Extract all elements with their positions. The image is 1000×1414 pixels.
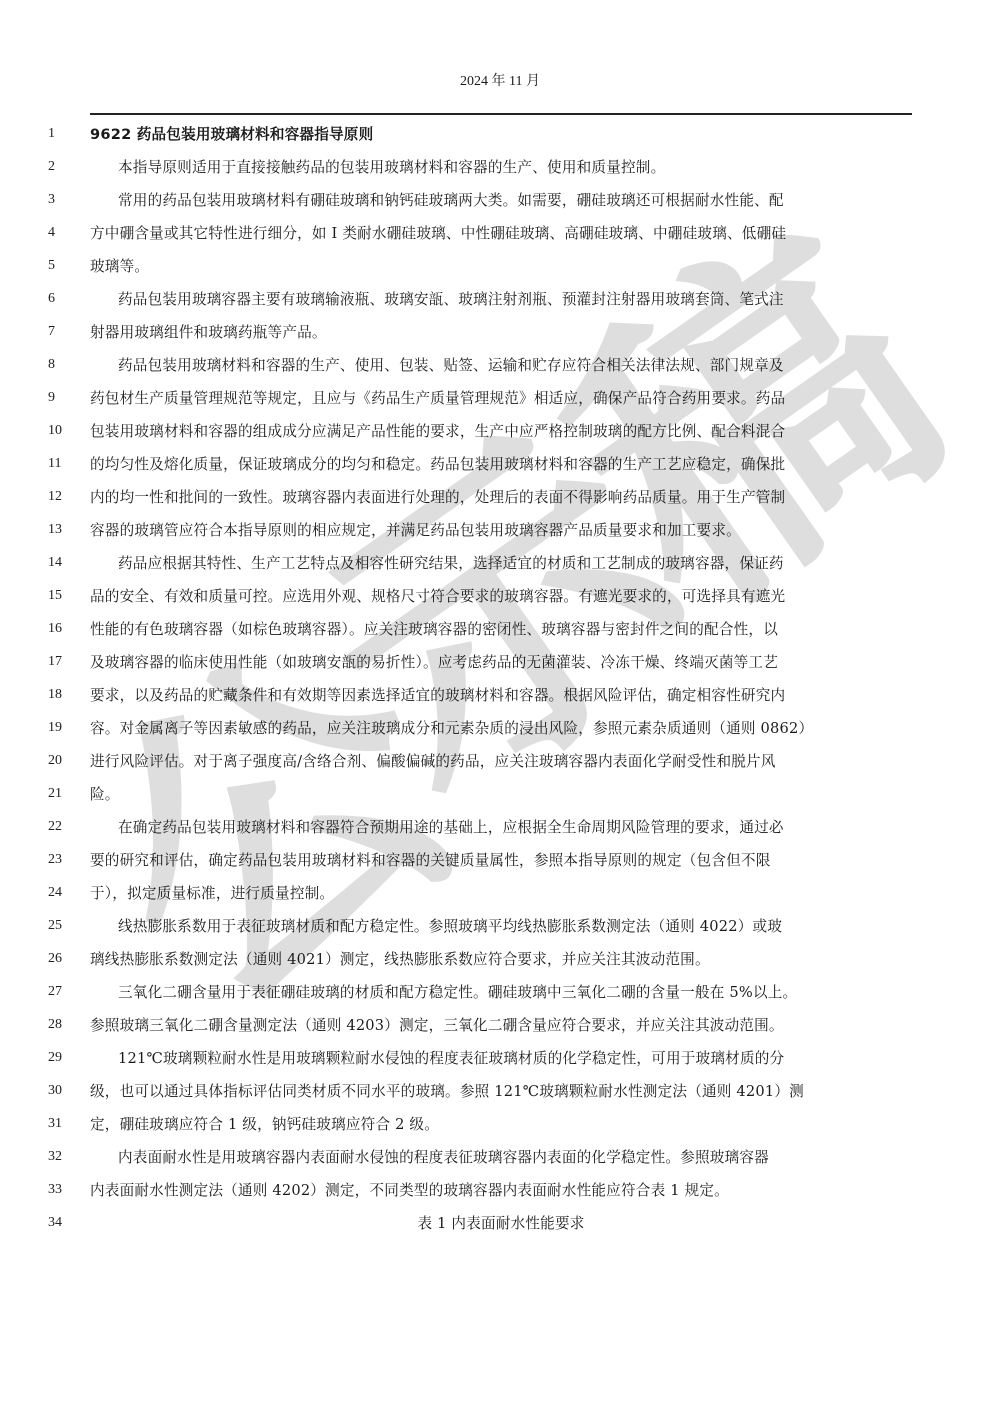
line-number: 6 (48, 291, 68, 307)
line-number: 33 (48, 1182, 68, 1198)
paragraph-line: 的均匀性及熔化质量，保证玻璃成分的均匀和稳定。药品包装用玻璃材料和容器的生产工艺… (90, 453, 912, 474)
paragraph-line: 线热膨胀系数用于表征玻璃材质和配方稳定性。参照玻璃平均线热膨胀系数测定法（通则 … (118, 915, 912, 936)
paragraph-line: 容。对金属离子等因素敏感的药品，应关注玻璃成分和元素杂质的浸出风险，参照元素杂质… (90, 717, 912, 738)
document-line: 33内表面耐水性测定法（通则 4202）测定，不同类型的玻璃容器内表面耐水性能应… (0, 1173, 1000, 1206)
document-line: 6药品包装用玻璃容器主要有玻璃输液瓶、玻璃安瓿、玻璃注射剂瓶、预灌封注射器用玻璃… (0, 282, 1000, 315)
paragraph-line: 内表面耐水性测定法（通则 4202）测定，不同类型的玻璃容器内表面耐水性能应符合… (90, 1179, 912, 1200)
document-line: 28参照玻璃三氧化二硼含量测定法（通则 4203）测定，三氧化二硼含量应符合要求… (0, 1008, 1000, 1041)
line-number: 3 (48, 192, 68, 208)
document-line: 2本指导原则适用于直接接触药品的包装用玻璃材料和容器的生产、使用和质量控制。 (0, 150, 1000, 183)
line-number: 25 (48, 918, 68, 934)
document-line: 24于），拟定质量标准，进行质量控制。 (0, 876, 1000, 909)
line-number: 14 (48, 555, 68, 571)
document-line: 3常用的药品包装用玻璃材料有硼硅玻璃和钠钙硅玻璃两大类。如需要，硼硅玻璃还可根据… (0, 183, 1000, 216)
document-line: 29121℃玻璃颗粒耐水性是用玻璃颗粒耐水侵蚀的程度表征玻璃材质的化学稳定性，可… (0, 1041, 1000, 1074)
line-number: 29 (48, 1050, 68, 1066)
paragraph-line: 进行风险评估。对于离子强度高/含络合剂、偏酸偏碱的药品，应关注玻璃容器内表面化学… (90, 750, 912, 771)
document-line: 23要的研究和评估，确定药品包装用玻璃材料和容器的关键质量属性，参照本指导原则的… (0, 843, 1000, 876)
line-number: 10 (48, 423, 68, 439)
line-number: 18 (48, 687, 68, 703)
line-number: 19 (48, 720, 68, 736)
document-line: 9药包材生产质量管理规范等规定，且应与《药品生产质量管理规范》相适应，确保产品符… (0, 381, 1000, 414)
paragraph-line: 包装用玻璃材料和容器的组成成分应满足产品性能的要求，生产中应严格控制玻璃的配方比… (90, 420, 912, 441)
line-number: 28 (48, 1017, 68, 1033)
paragraph-line: 药包材生产质量管理规范等规定，且应与《药品生产质量管理规范》相适应，确保产品符合… (90, 387, 912, 408)
document-line: 10包装用玻璃材料和容器的组成成分应满足产品性能的要求，生产中应严格控制玻璃的配… (0, 414, 1000, 447)
document-line: 8药品包装用玻璃材料和容器的生产、使用、包装、贴签、运输和贮存应符合相关法律法规… (0, 348, 1000, 381)
line-number: 2 (48, 159, 68, 175)
paragraph-line: 内表面耐水性是用玻璃容器内表面耐水侵蚀的程度表征玻璃容器内表面的化学稳定性。参照… (118, 1146, 912, 1167)
line-number: 7 (48, 324, 68, 340)
document-line: 34表 1 内表面耐水性能要求 (0, 1206, 1000, 1239)
paragraph-line: 药品应根据其特性、生产工艺特点及相容性研究结果，选择适宜的材质和工艺制成的玻璃容… (118, 552, 912, 573)
line-number: 26 (48, 951, 68, 967)
document-line: 14药品应根据其特性、生产工艺特点及相容性研究结果，选择适宜的材质和工艺制成的玻… (0, 546, 1000, 579)
paragraph-line: 于），拟定质量标准，进行质量控制。 (90, 882, 912, 903)
line-number: 21 (48, 786, 68, 802)
line-number: 34 (48, 1215, 68, 1231)
paragraph-line: 在确定药品包装用玻璃材料和容器符合预期用途的基础上，应根据全生命周期风险管理的要… (118, 816, 912, 837)
paragraph-line: 及玻璃容器的临床使用性能（如玻璃安瓿的易折性）。应考虑药品的无菌灌装、冷冻干燥、… (90, 651, 912, 672)
paragraph-line: 内的均一性和批间的一致性。玻璃容器内表面进行处理的，处理后的表面不得影响药品质量… (90, 486, 912, 507)
document-line: 27三氧化二硼含量用于表征硼硅玻璃的材质和配方稳定性。硼硅玻璃中三氧化二硼的含量… (0, 975, 1000, 1008)
line-number: 22 (48, 819, 68, 835)
document-line: 7射器用玻璃组件和玻璃药瓶等产品。 (0, 315, 1000, 348)
document-line: 5玻璃等。 (0, 249, 1000, 282)
page-header-date: 2024 年 11 月 (0, 70, 1000, 90)
document-line: 31定，硼硅玻璃应符合 1 级，钠钙硅玻璃应符合 2 级。 (0, 1107, 1000, 1140)
paragraph-line: 定，硼硅玻璃应符合 1 级，钠钙硅玻璃应符合 2 级。 (90, 1113, 912, 1134)
paragraph-line: 三氧化二硼含量用于表征硼硅玻璃的材质和配方稳定性。硼硅玻璃中三氧化二硼的含量一般… (118, 981, 912, 1002)
line-number: 13 (48, 522, 68, 538)
paragraph-line: 品的安全、有效和质量可控。应选用外观、规格尺寸符合要求的玻璃容器。有遮光要求的，… (90, 585, 912, 606)
document-line: 20进行风险评估。对于离子强度高/含络合剂、偏酸偏碱的药品，应关注玻璃容器内表面… (0, 744, 1000, 777)
document-line: 26璃线热膨胀系数测定法（通则 4021）测定，线热膨胀系数应符合要求，并应关注… (0, 942, 1000, 975)
document-line: 12内的均一性和批间的一致性。玻璃容器内表面进行处理的，处理后的表面不得影响药品… (0, 480, 1000, 513)
document-line: 22在确定药品包装用玻璃材料和容器符合预期用途的基础上，应根据全生命周期风险管理… (0, 810, 1000, 843)
line-number: 20 (48, 753, 68, 769)
line-number: 17 (48, 654, 68, 670)
paragraph-line: 方中硼含量或其它特性进行细分，如 I 类耐水硼硅玻璃、中性硼硅玻璃、高硼硅玻璃、… (90, 222, 912, 243)
document-line: 11的均匀性及熔化质量，保证玻璃成分的均匀和稳定。药品包装用玻璃材料和容器的生产… (0, 447, 1000, 480)
line-number: 31 (48, 1116, 68, 1132)
paragraph-line: 要的研究和评估，确定药品包装用玻璃材料和容器的关键质量属性，参照本指导原则的规定… (90, 849, 912, 870)
paragraph-line: 射器用玻璃组件和玻璃药瓶等产品。 (90, 321, 912, 342)
line-number: 15 (48, 588, 68, 604)
document-line: 32内表面耐水性是用玻璃容器内表面耐水侵蚀的程度表征玻璃容器内表面的化学稳定性。… (0, 1140, 1000, 1173)
paragraph-line: 级，也可以通过具体指标评估同类材质不同水平的玻璃。参照 121℃玻璃颗粒耐水性测… (90, 1080, 912, 1101)
document-line: 15品的安全、有效和质量可控。应选用外观、规格尺寸符合要求的玻璃容器。有遮光要求… (0, 579, 1000, 612)
table-caption: 表 1 内表面耐水性能要求 (90, 1212, 912, 1233)
document-line: 19622 药品包装用玻璃材料和容器指导原则 (0, 117, 1000, 150)
paragraph-line: 玻璃等。 (90, 255, 912, 276)
line-number: 16 (48, 621, 68, 637)
line-number: 1 (48, 126, 68, 142)
paragraph-line: 本指导原则适用于直接接触药品的包装用玻璃材料和容器的生产、使用和质量控制。 (118, 156, 912, 177)
document-line: 13容器的玻璃管应符合本指导原则的相应规定，并满足药品包装用玻璃容器产品质量要求… (0, 513, 1000, 546)
paragraph-line: 常用的药品包装用玻璃材料有硼硅玻璃和钠钙硅玻璃两大类。如需要，硼硅玻璃还可根据耐… (118, 189, 912, 210)
section-title: 9622 药品包装用玻璃材料和容器指导原则 (90, 123, 912, 144)
paragraph-line: 药品包装用玻璃材料和容器的生产、使用、包装、贴签、运输和贮存应符合相关法律法规、… (118, 354, 912, 375)
document-line: 21险。 (0, 777, 1000, 810)
document-line: 19容。对金属离子等因素敏感的药品，应关注玻璃成分和元素杂质的浸出风险，参照元素… (0, 711, 1000, 744)
paragraph-line: 药品包装用玻璃容器主要有玻璃输液瓶、玻璃安瓿、玻璃注射剂瓶、预灌封注射器用玻璃套… (118, 288, 912, 309)
document-line: 18要求，以及药品的贮藏条件和有效期等因素选择适宜的玻璃材料和容器。根据风险评估… (0, 678, 1000, 711)
document-line: 4方中硼含量或其它特性进行细分，如 I 类耐水硼硅玻璃、中性硼硅玻璃、高硼硅玻璃… (0, 216, 1000, 249)
header-rule (90, 113, 912, 115)
document-line: 16性能的有色玻璃容器（如棕色玻璃容器）。应关注玻璃容器的密闭性、玻璃容器与密封… (0, 612, 1000, 645)
line-number: 32 (48, 1149, 68, 1165)
paragraph-line: 容器的玻璃管应符合本指导原则的相应规定，并满足药品包装用玻璃容器产品质量要求和加… (90, 519, 912, 540)
line-number: 27 (48, 984, 68, 1000)
paragraph-line: 121℃玻璃颗粒耐水性是用玻璃颗粒耐水侵蚀的程度表征玻璃材质的化学稳定性，可用于… (118, 1047, 912, 1068)
document-body: 19622 药品包装用玻璃材料和容器指导原则2本指导原则适用于直接接触药品的包装… (0, 117, 1000, 1239)
line-number: 23 (48, 852, 68, 868)
line-number: 9 (48, 390, 68, 406)
line-number: 5 (48, 258, 68, 274)
document-line: 25线热膨胀系数用于表征玻璃材质和配方稳定性。参照玻璃平均线热膨胀系数测定法（通… (0, 909, 1000, 942)
paragraph-line: 璃线热膨胀系数测定法（通则 4021）测定，线热膨胀系数应符合要求，并应关注其波… (90, 948, 912, 969)
line-number: 4 (48, 225, 68, 241)
line-number: 30 (48, 1083, 68, 1099)
document-line: 30级，也可以通过具体指标评估同类材质不同水平的玻璃。参照 121℃玻璃颗粒耐水… (0, 1074, 1000, 1107)
paragraph-line: 参照玻璃三氧化二硼含量测定法（通则 4203）测定，三氧化二硼含量应符合要求，并… (90, 1014, 912, 1035)
line-number: 24 (48, 885, 68, 901)
paragraph-line: 性能的有色玻璃容器（如棕色玻璃容器）。应关注玻璃容器的密闭性、玻璃容器与密封件之… (90, 618, 912, 639)
document-line: 17及玻璃容器的临床使用性能（如玻璃安瓿的易折性）。应考虑药品的无菌灌装、冷冻干… (0, 645, 1000, 678)
line-number: 8 (48, 357, 68, 373)
line-number: 12 (48, 489, 68, 505)
paragraph-line: 要求，以及药品的贮藏条件和有效期等因素选择适宜的玻璃材料和容器。根据风险评估，确… (90, 684, 912, 705)
paragraph-line: 险。 (90, 783, 912, 804)
line-number: 11 (48, 456, 68, 472)
